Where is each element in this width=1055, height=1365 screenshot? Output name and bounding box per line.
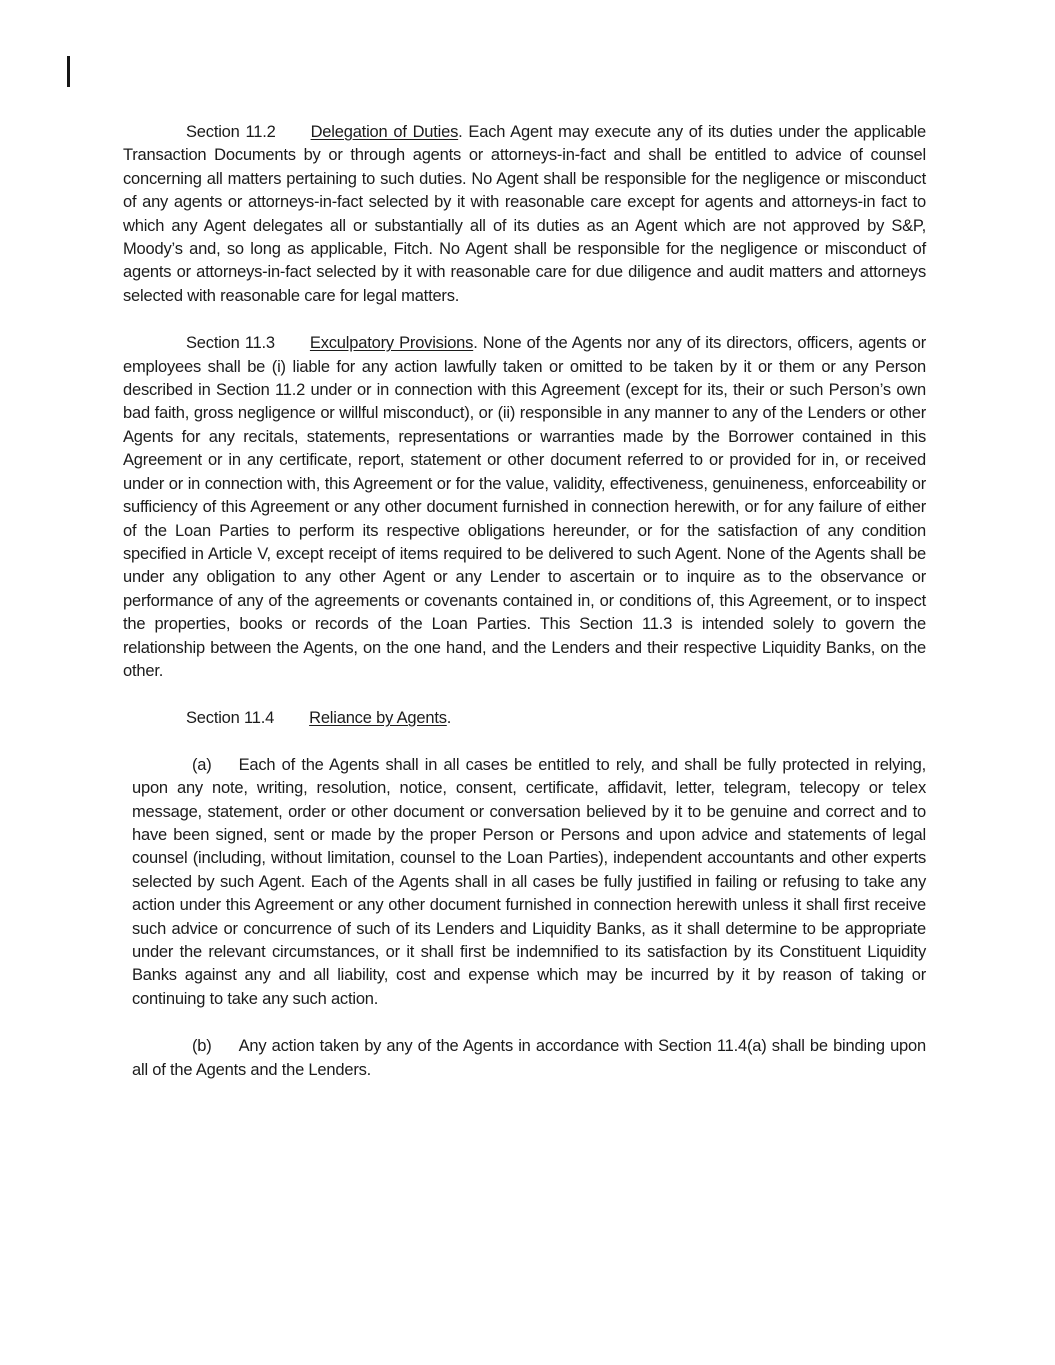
- subsection-label: (b): [192, 1037, 212, 1055]
- paragraph-subsection-b: (b)Any action taken by any of the Agents…: [132, 1035, 926, 1082]
- section-body-text: None of the Agents nor any of its direct…: [123, 334, 926, 680]
- document-body: Section 11.2Delegation of Duties. Each A…: [123, 121, 926, 1082]
- paragraph-subsection-a: (a)Each of the Agents shall in all cases…: [132, 754, 926, 1011]
- subsection-label: (a): [192, 756, 212, 774]
- section-number: Section 11.2: [186, 123, 276, 141]
- section-number: Section 11.3: [186, 334, 275, 352]
- revision-change-bar: [67, 56, 70, 87]
- subsection-body-text: Each of the Agents shall in all cases be…: [132, 756, 926, 1008]
- subsection-body-text: Any action taken by any of the Agents in…: [132, 1037, 926, 1078]
- section-title-period: .: [473, 334, 477, 352]
- paragraph-section-11-3: Section 11.3Exculpatory Provisions. None…: [123, 332, 926, 683]
- section-title: Delegation of Duties: [311, 123, 459, 141]
- section-title: Exculpatory Provisions: [310, 334, 473, 352]
- section-number: Section 11.4: [186, 709, 274, 727]
- section-title: Reliance by Agents: [309, 709, 447, 727]
- paragraph-section-11-2: Section 11.2Delegation of Duties. Each A…: [123, 121, 926, 308]
- section-title-period: .: [447, 709, 451, 727]
- section-title-period: .: [458, 123, 462, 141]
- section-body-text: Each Agent may execute any of its duties…: [123, 123, 926, 305]
- heading-section-11-4: Section 11.4Reliance by Agents.: [123, 707, 926, 730]
- document-page: Section 11.2Delegation of Duties. Each A…: [0, 0, 1055, 1365]
